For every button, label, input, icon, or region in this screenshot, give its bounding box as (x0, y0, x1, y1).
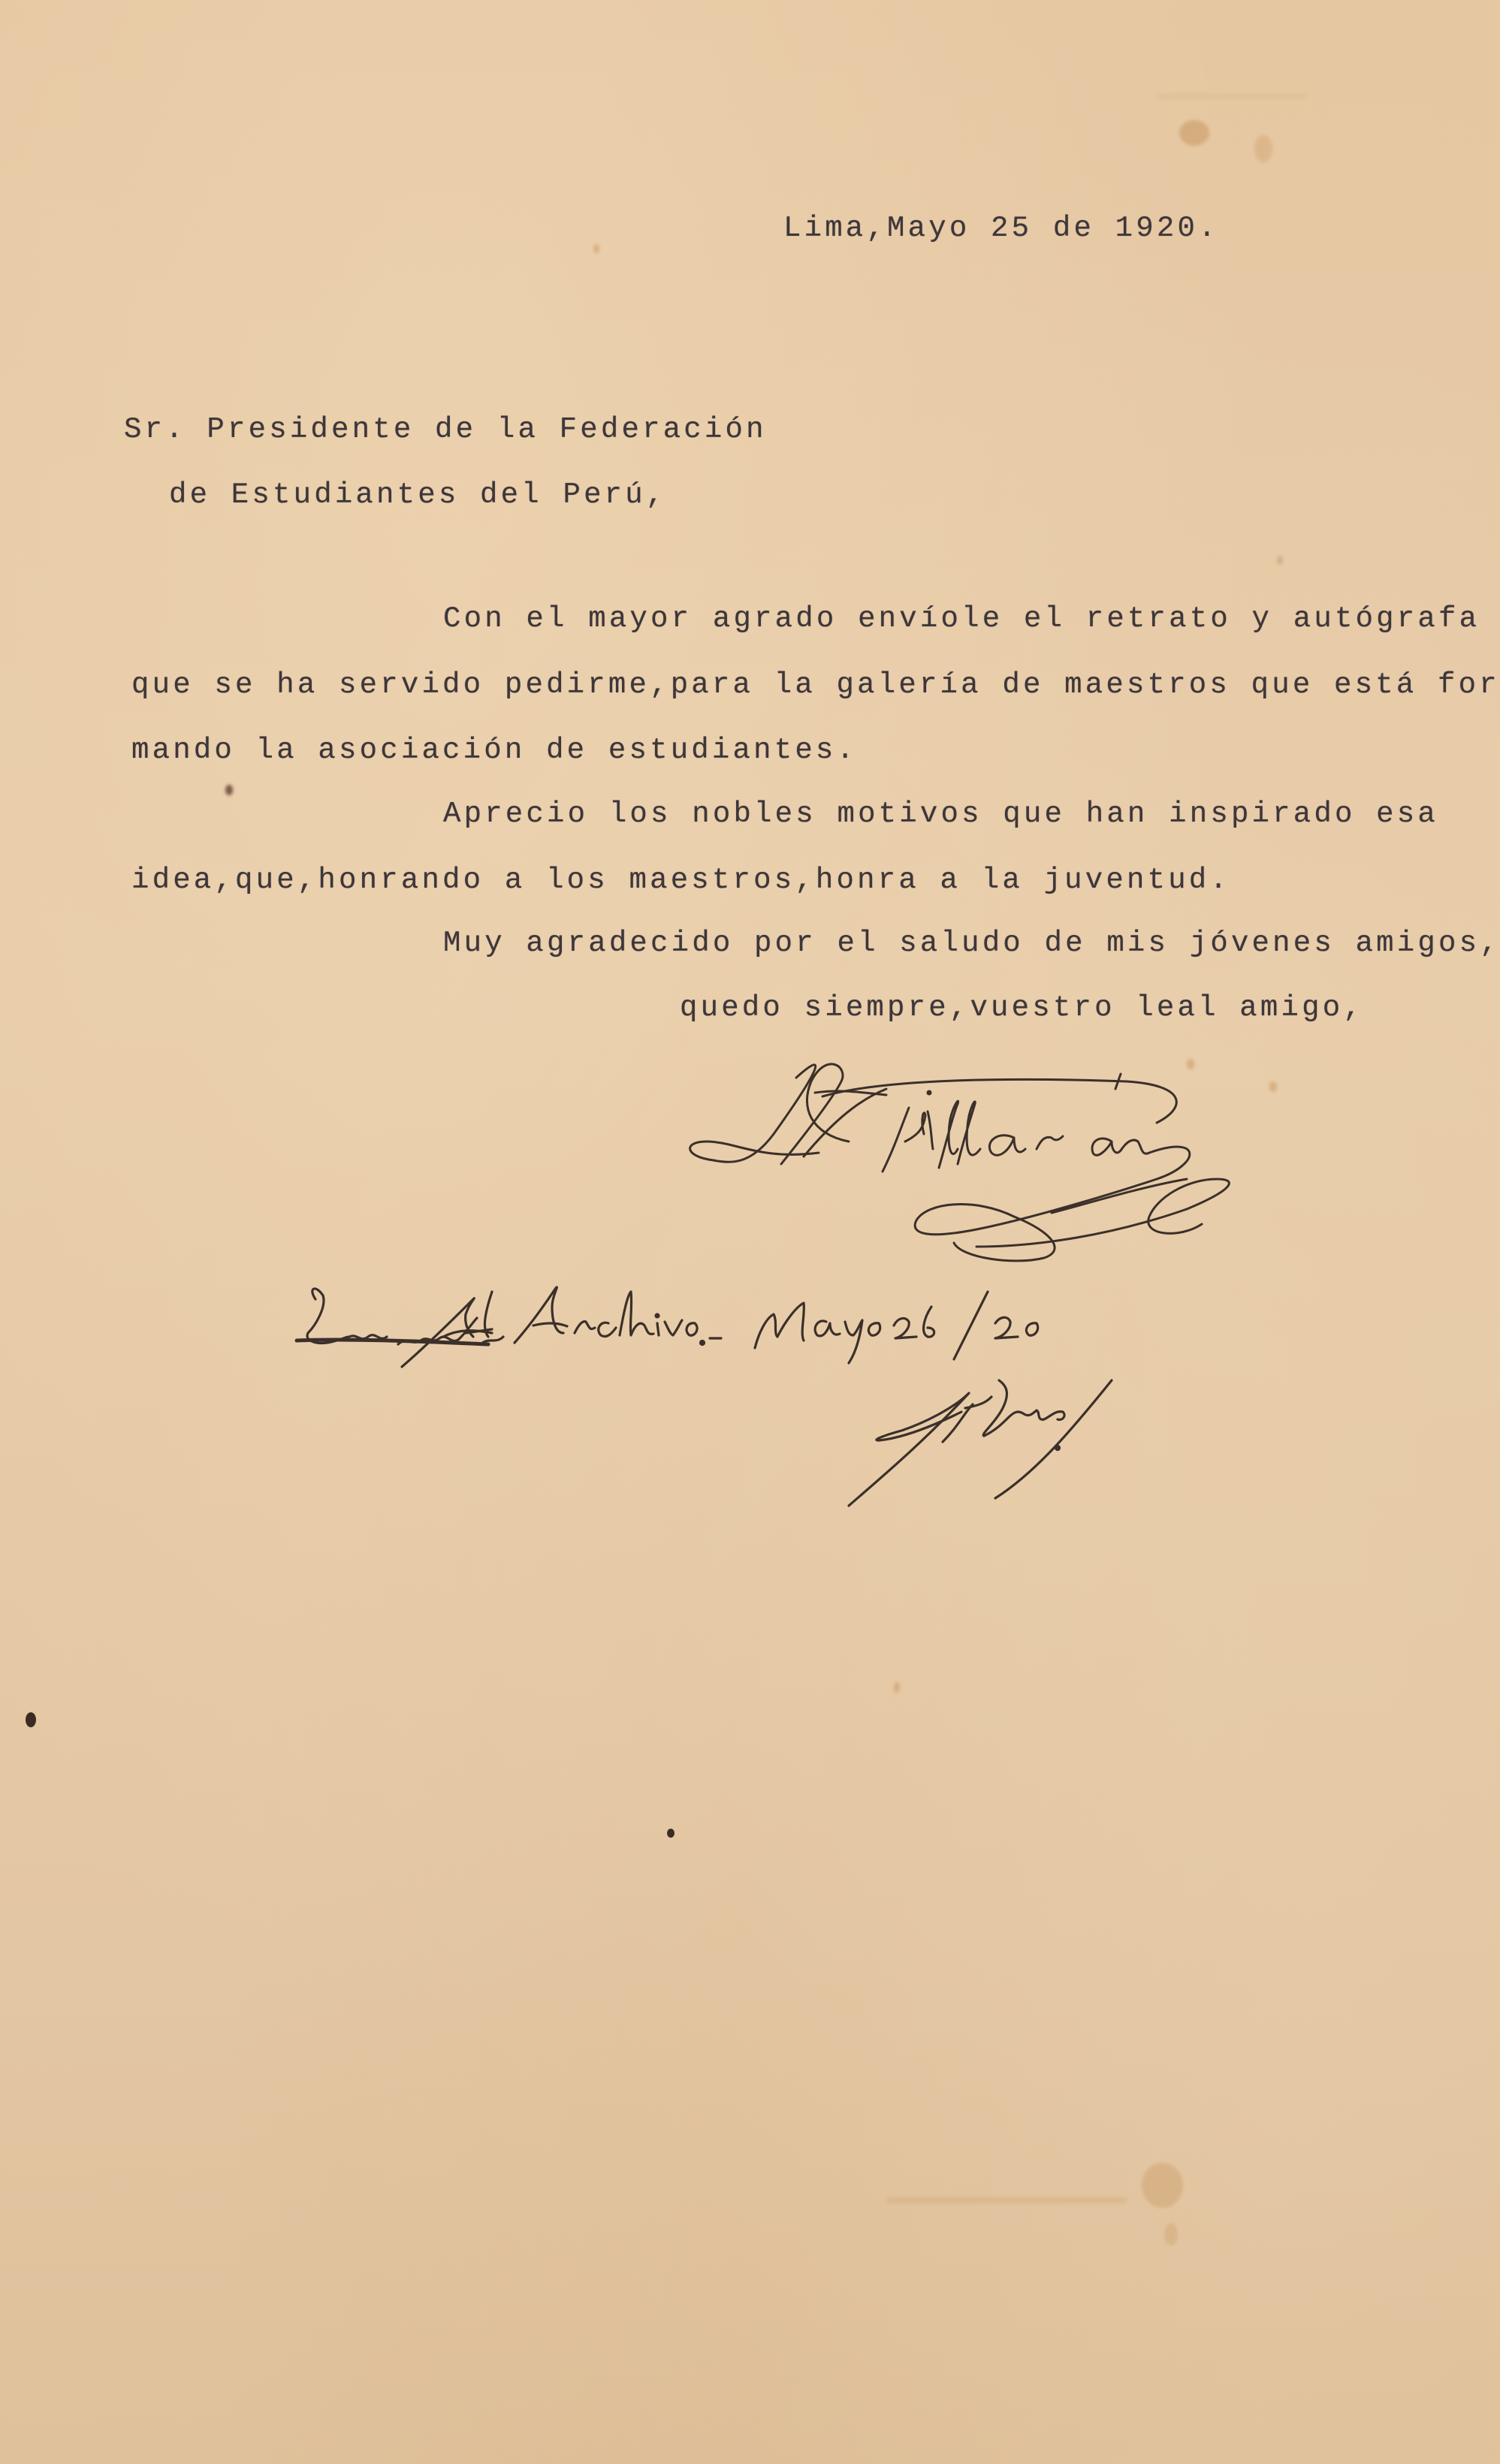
body-paragraph-1-line-3: mando la asociación de estudiantes. (131, 736, 857, 765)
speck-3 (1277, 556, 1283, 565)
dateline: Lima,Mayo 25 de 1920. (783, 214, 1219, 243)
body-paragraph-1-line-1: Con el mayor agrado envíole el retrato y… (443, 605, 1480, 634)
stain-bottom (1142, 2163, 1183, 2208)
stain-bottom-2 (1164, 2223, 1178, 2245)
body-paragraph-2-line-1: Aprecio los nobles motivos que han inspi… (443, 800, 1438, 829)
addressee-line-2: de Estudiantes del Perú, (169, 481, 667, 510)
fold-stain-top (1157, 94, 1307, 98)
archive-annotation (285, 1262, 1292, 1382)
stain-top-right (1179, 120, 1209, 146)
ink-speck-left (26, 1712, 36, 1727)
body-paragraph-1-line-2: que se ha servido pedirme,para la galerí… (131, 671, 1500, 700)
speck-6 (894, 1682, 900, 1693)
stain-top-right-2 (1254, 135, 1272, 162)
body-paragraph-3-line-1: Muy agradecido por el saludo de mis jóve… (443, 929, 1500, 958)
fold-stain-bottom (886, 2198, 1127, 2203)
addressee-line-1: Sr. Presidente de la Federación (124, 415, 767, 445)
body-paragraph-2-line-2: idea,que,honrando a los maestros,honra a… (131, 866, 1230, 895)
signature (661, 1036, 1307, 1269)
closing-line: quedo siempre,vuestro leal amigo, (680, 994, 1364, 1023)
archivist-initials (811, 1352, 1127, 1517)
speck-2 (593, 244, 599, 253)
speck-1 (225, 785, 233, 795)
ink-speck-center (667, 1829, 675, 1838)
